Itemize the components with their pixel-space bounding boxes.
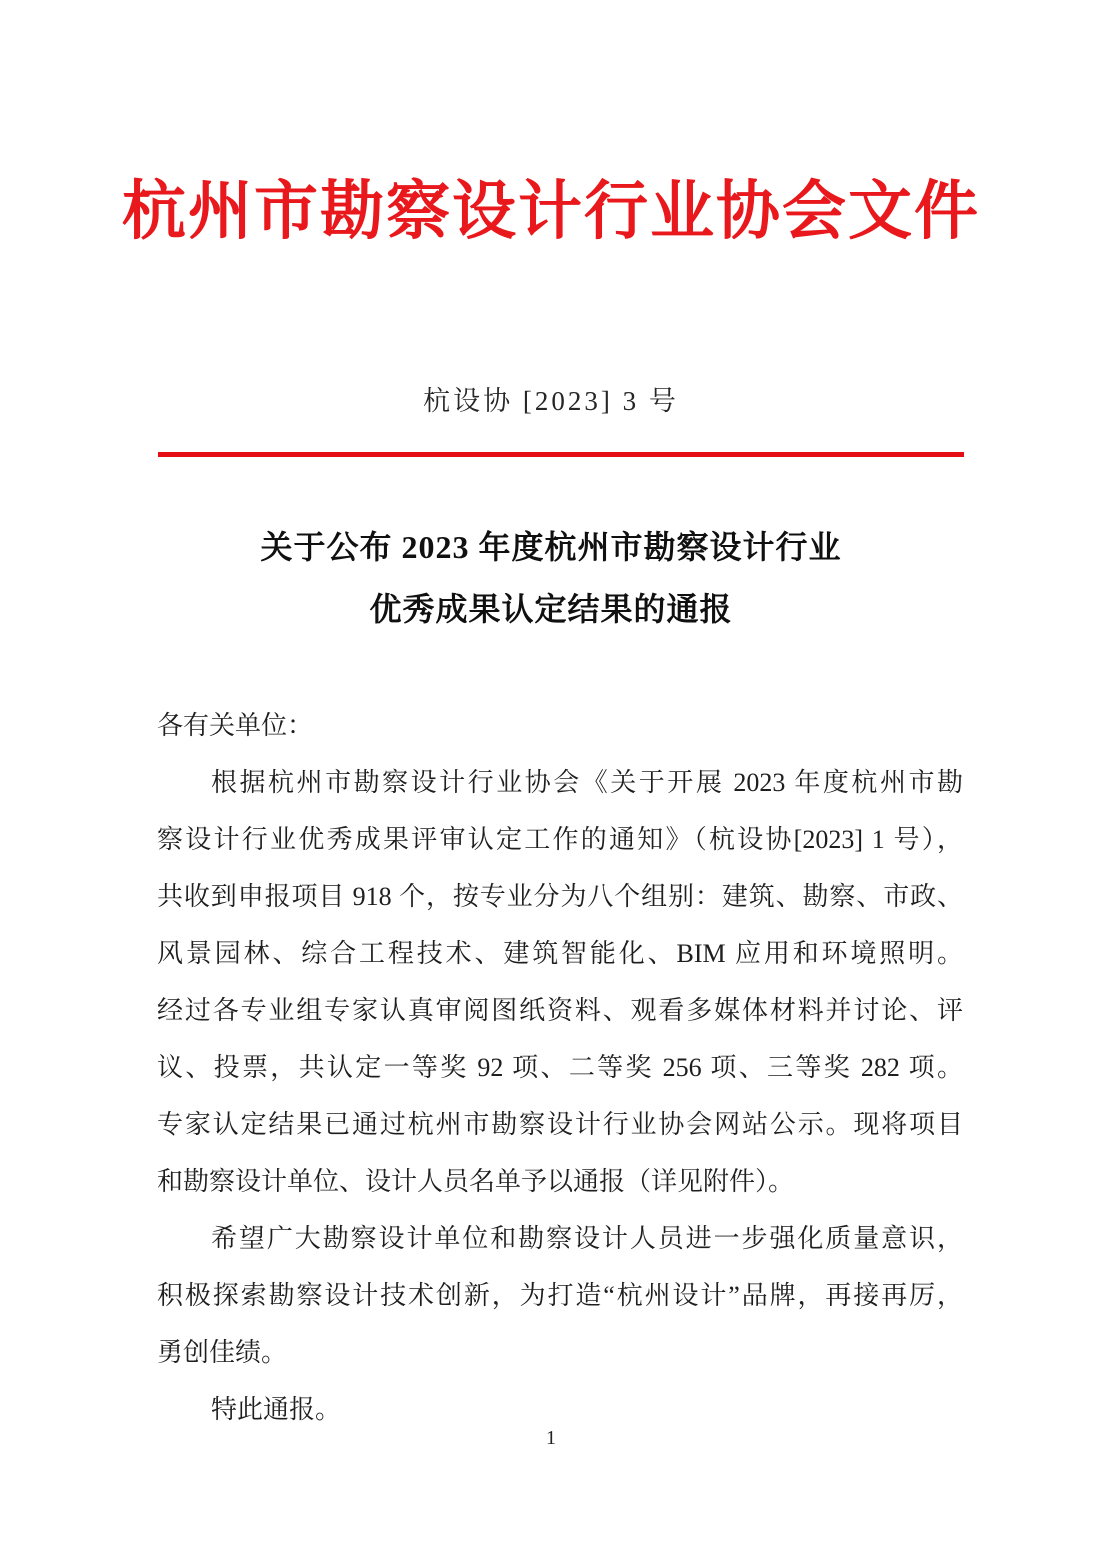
body-line: 专家认定结果已通过杭州市勘察设计行业协会网站公示。现将项目 [157,1096,963,1153]
body-line: 积极探索勘察设计技术创新，为打造“杭州设计”品牌，再接再厉， [157,1267,963,1324]
document-title-line2: 优秀成果认定结果的通报 [0,578,1102,640]
body-line: 和勘察设计单位、设计人员名单予以通报（详见附件）。 [157,1153,963,1210]
red-divider-line [158,452,964,457]
page-number: 1 [0,1424,1102,1452]
body-line: 察设计行业优秀成果评审认定工作的通知》（杭设协[2023] 1 号）， [157,811,963,868]
body-line: 议、投票，共认定一等奖 92 项、二等奖 256 项、三等奖 282 项。 [157,1039,963,1096]
document-page: 杭州市勘察设计行业协会文件 杭设协 [2023] 3 号 关于公布 2023 年… [0,0,1102,1559]
body-line: 希望广大勘察设计单位和勘察设计人员进一步强化质量意识， [157,1210,963,1267]
document-number: 杭设协 [2023] 3 号 [0,379,1102,418]
document-title: 关于公布 2023 年度杭州市勘察设计行业 优秀成果认定结果的通报 [0,516,1102,640]
body-line: 根据杭州市勘察设计行业协会《关于开展 2023 年度杭州市勘 [157,754,963,811]
body-line-salutation: 各有关单位： [157,697,963,754]
body-line: 勇创佳绩。 [157,1324,963,1381]
body-line: 共收到申报项目 918 个，按专业分为八个组别：建筑、勘察、市政、 [157,868,963,925]
document-title-line1: 关于公布 2023 年度杭州市勘察设计行业 [0,516,1102,578]
document-body: 各有关单位： 根据杭州市勘察设计行业协会《关于开展 2023 年度杭州市勘 察设… [157,697,963,1438]
body-line: 风景园林、综合工程技术、建筑智能化、BIM 应用和环境照明。 [157,925,963,982]
org-header-title: 杭州市勘察设计行业协会文件 [0,178,1102,245]
body-line: 经过各专业组专家认真审阅图纸资料、观看多媒体材料并讨论、评 [157,982,963,1039]
